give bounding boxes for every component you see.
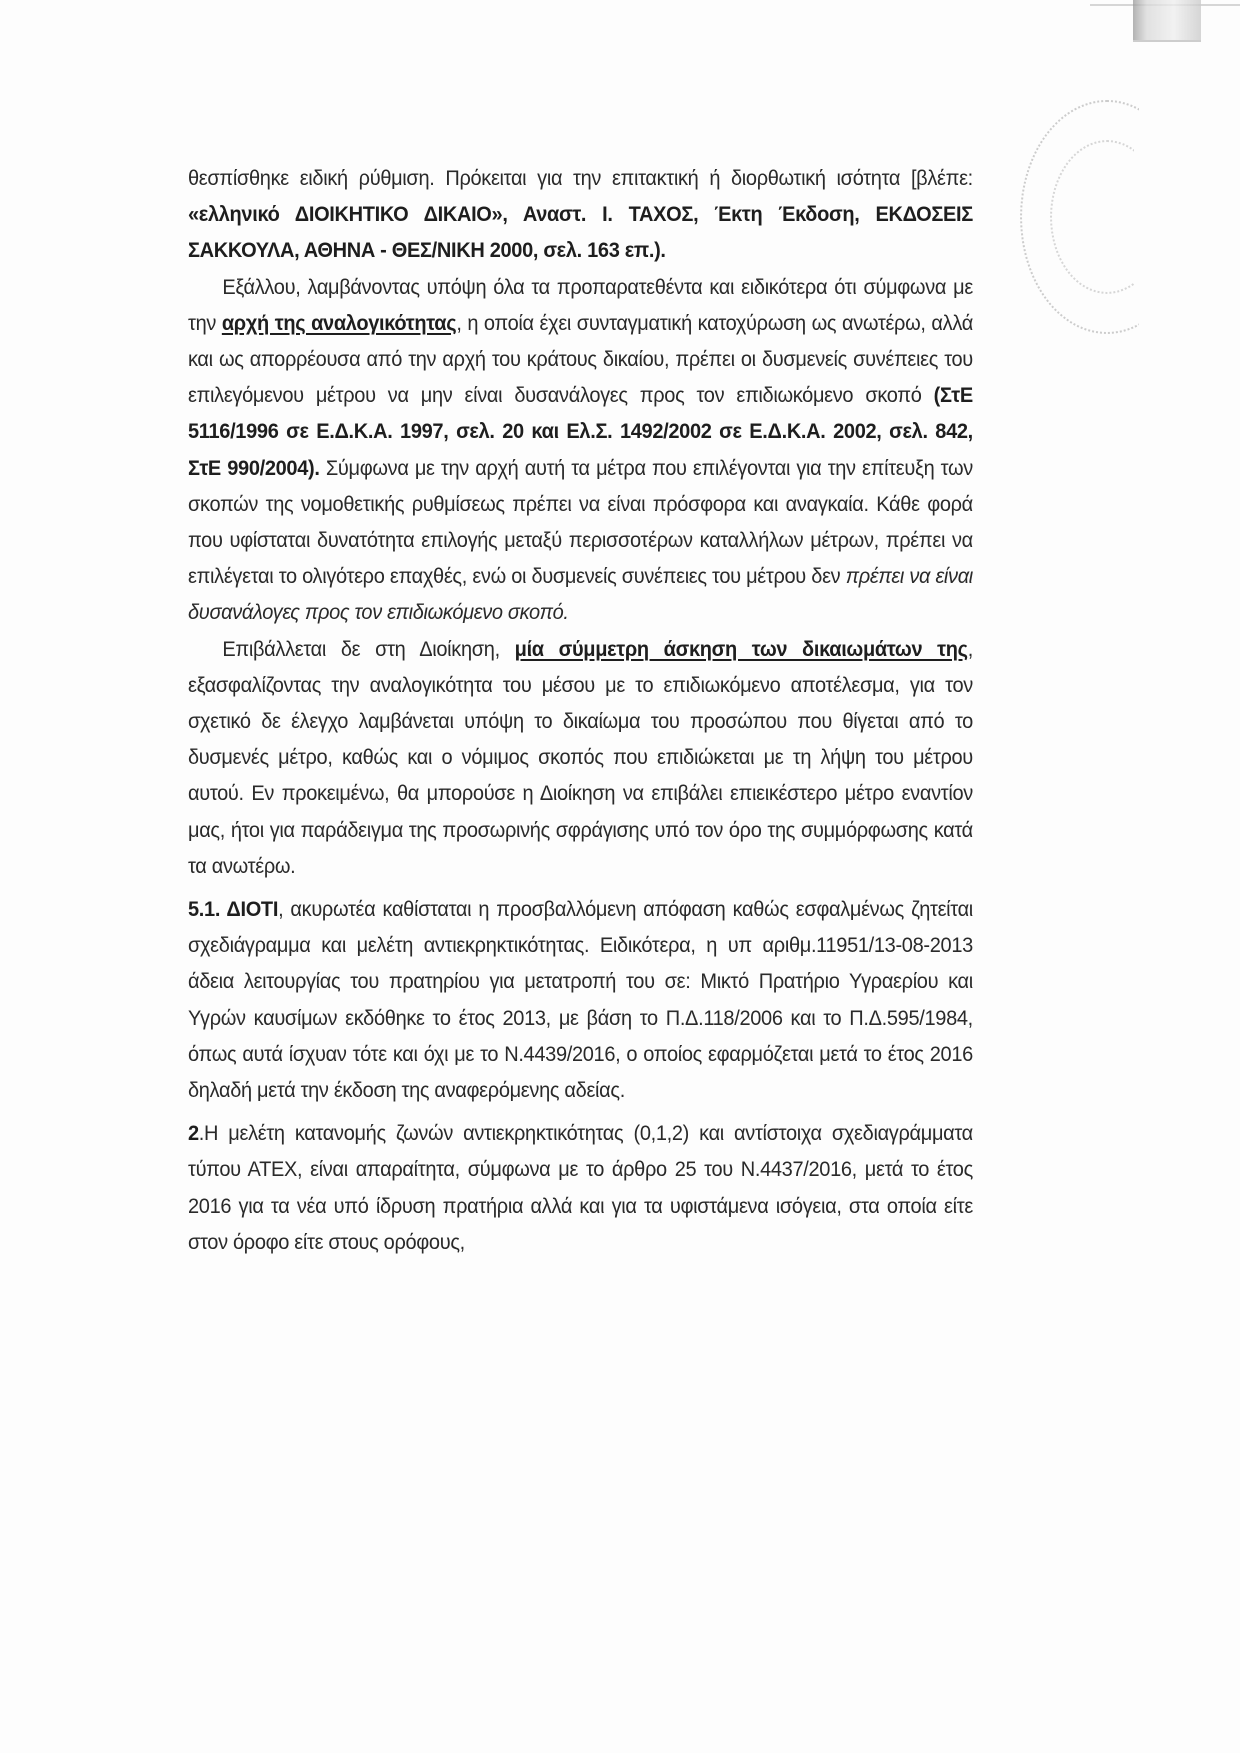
- paragraph-proportionality: Εξάλλου, λαμβάνοντας υπόψη όλα τα προπαρ…: [188, 269, 973, 631]
- text-segment: , εξασφαλίζοντας την αναλογικότητα του μ…: [188, 637, 973, 878]
- text-segment: Επιβάλλεται δε στη Διοίκηση,: [222, 637, 514, 661]
- text-segment: 2: [188, 1121, 199, 1145]
- paragraph-administration: Επιβάλλεται δε στη Διοίκηση, μία σύμμετρ…: [188, 631, 973, 884]
- text-segment: .Η μελέτη κατανομής ζωνών αντιεκρηκτικότ…: [188, 1121, 973, 1254]
- text-segment: θεσπίσθηκε ειδική ρύθμιση. Πρόκειται για…: [188, 166, 973, 190]
- paragraph-reason-2: 2.Η μελέτη κατανομής ζωνών αντιεκρηκτικό…: [188, 1115, 973, 1260]
- text-segment: μία σύμμετρη άσκηση των δικαιωμάτων της: [515, 637, 968, 661]
- text-segment: , ακυρωτέα καθίσταται η προσβαλλόμενη απ…: [188, 897, 973, 1102]
- official-stamp-inner-ring-icon: [1050, 140, 1164, 294]
- text-segment: 5.1. ΔΙΟΤΙ: [188, 897, 278, 921]
- paragraph-citation: θεσπίσθηκε ειδική ρύθμιση. Πρόκειται για…: [188, 160, 973, 269]
- text-segment: αρχή της αναλογικότητας: [222, 311, 456, 335]
- scanned-page: θεσπίσθηκε ειδική ρύθμιση. Πρόκειται για…: [0, 0, 1240, 1753]
- text-segment: «ελληνικό ΔΙΟΙΚΗΤΙΚΟ ΔΙΚΑΙΟ», Αναστ. Ι. …: [188, 202, 973, 262]
- document-body: θεσπίσθηκε ειδική ρύθμιση. Πρόκειται για…: [188, 160, 973, 1260]
- scan-tab-artifact: [1133, 0, 1201, 42]
- paragraph-reason-5-1: 5.1. ΔΙΟΤΙ, ακυρωτέα καθίσταται η προσβα…: [188, 891, 973, 1108]
